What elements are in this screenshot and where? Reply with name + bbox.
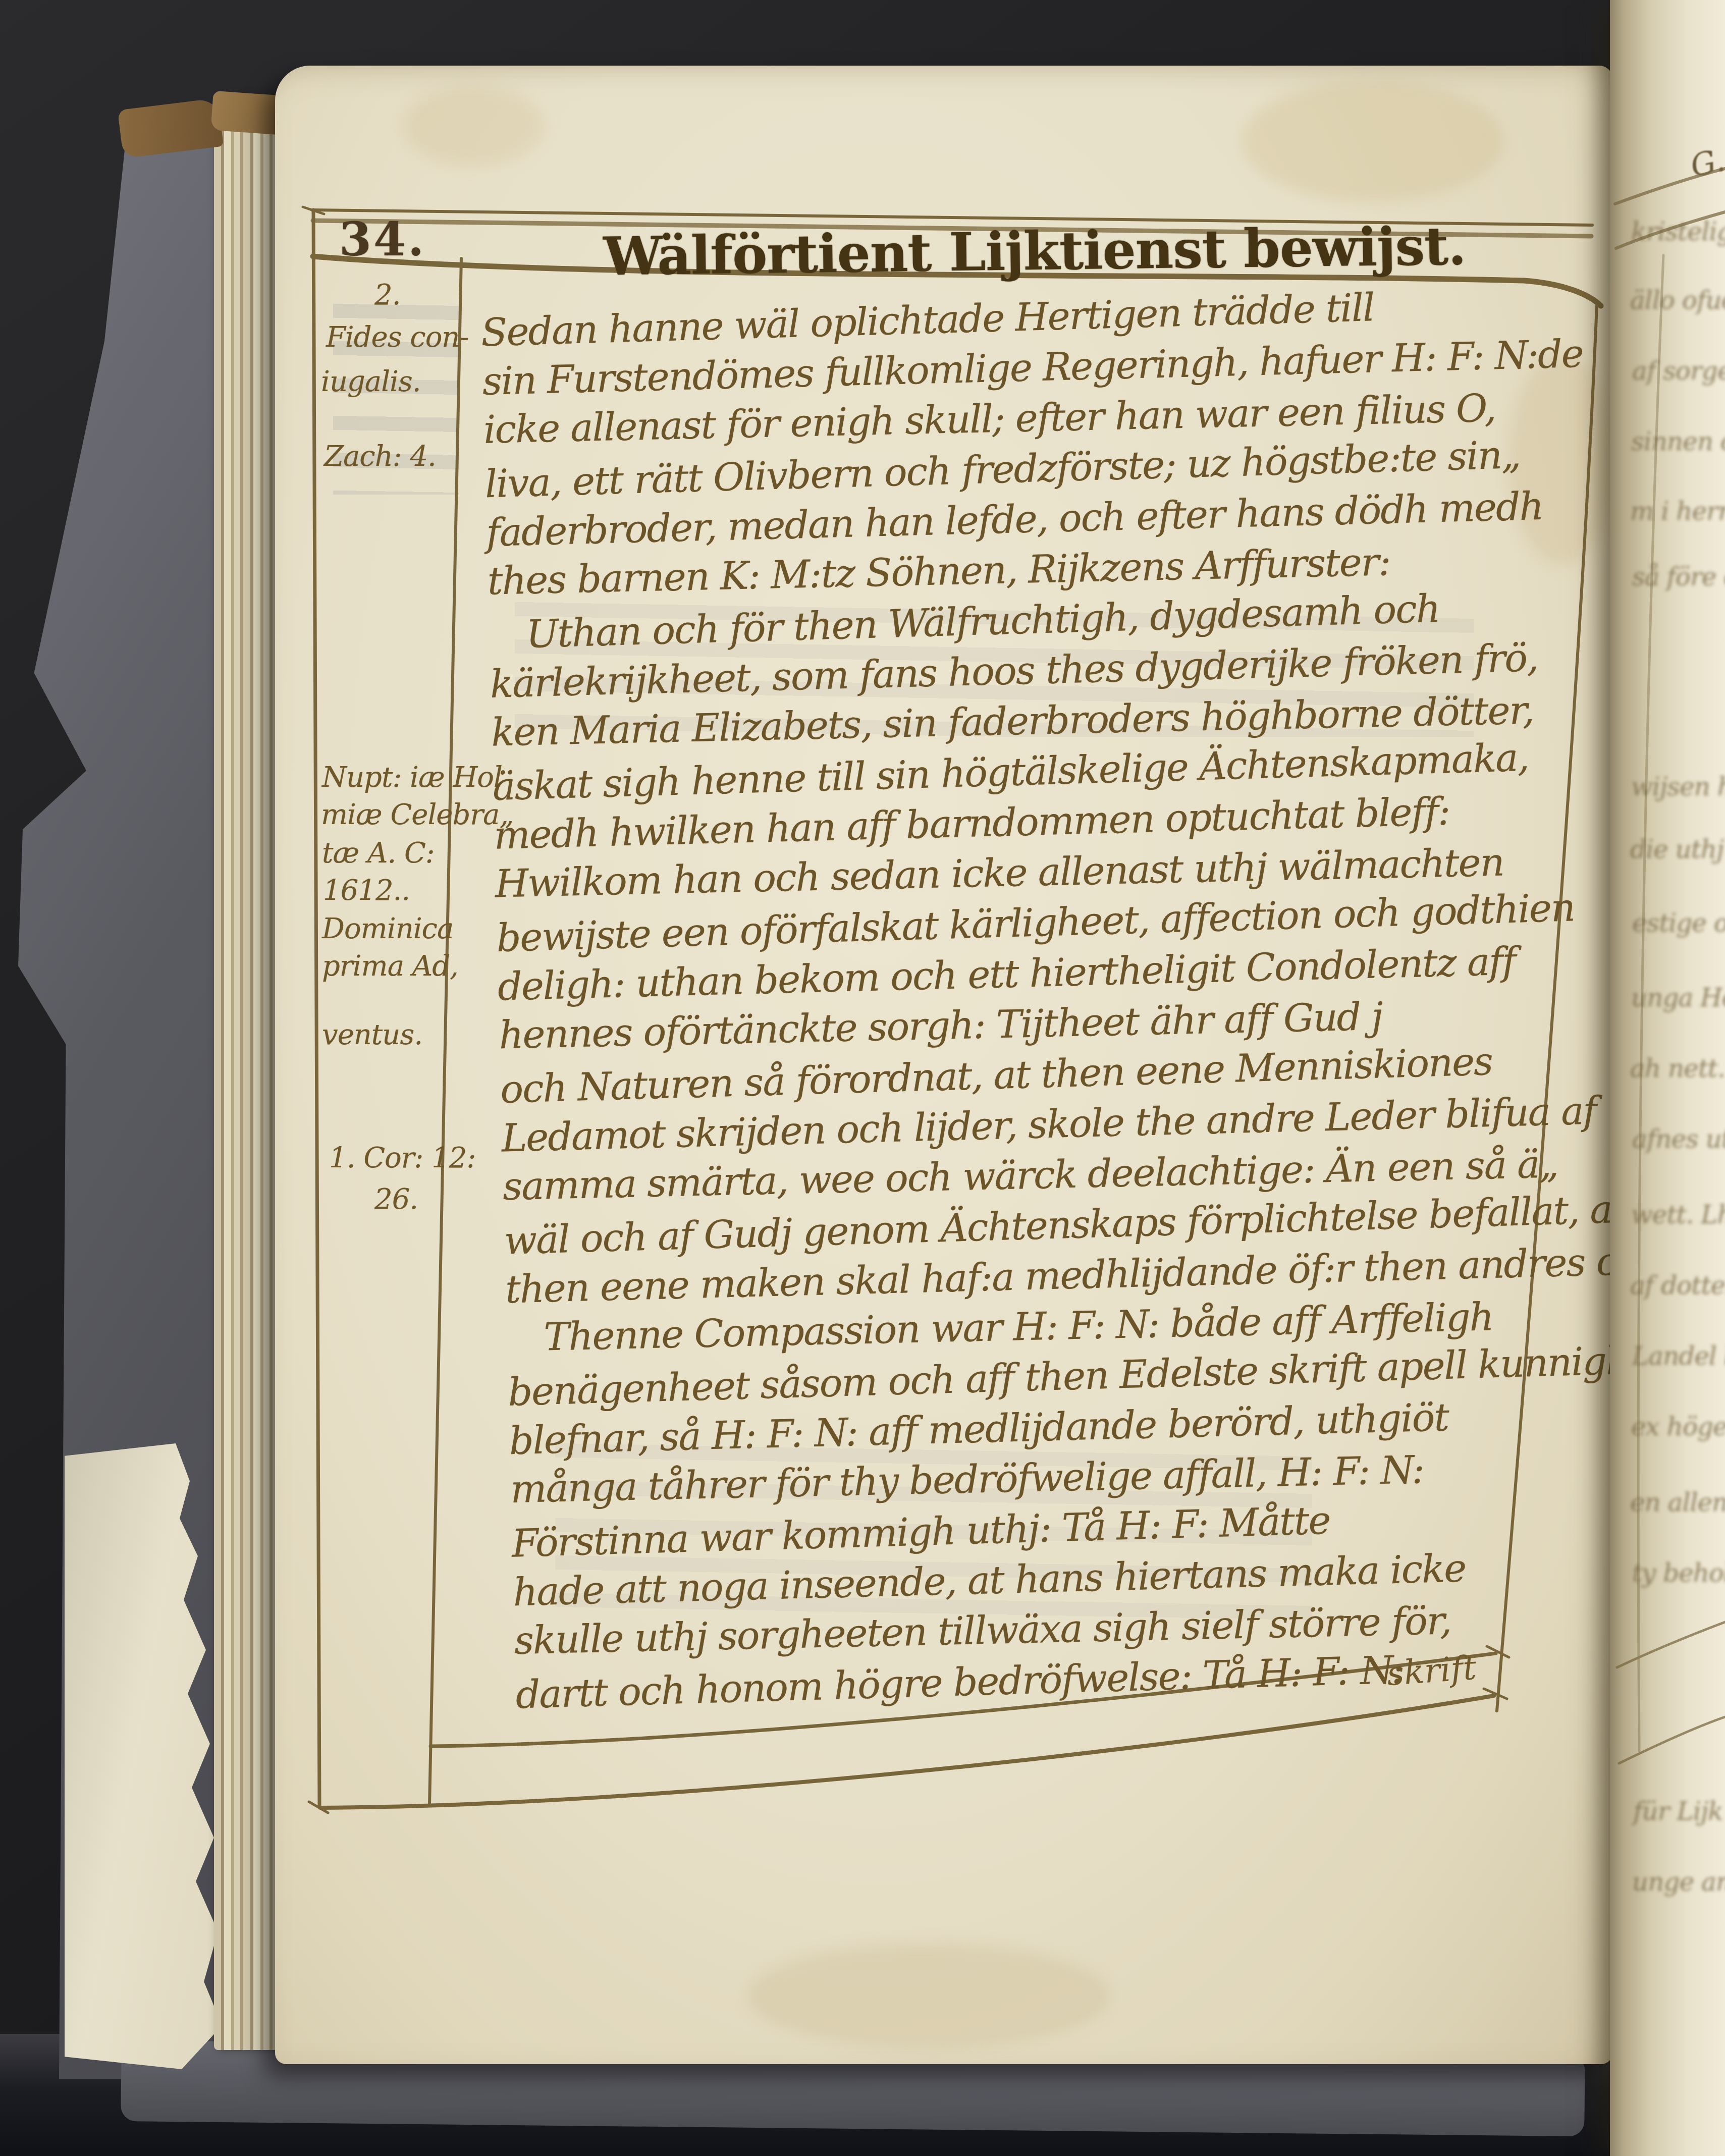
page-header-title: Wälförtient Lijktienst bewijst.	[509, 213, 1559, 288]
margin-note-ventus: ventus.	[322, 1018, 422, 1051]
next-page-text-fragment: m i herren och G	[1630, 497, 1725, 526]
next-page-text-fragment: wijsen her, oft før o	[1631, 772, 1725, 801]
next-page-text-fragment: estige och fru Erh	[1632, 908, 1725, 938]
margin-note-nuptiae-3: tæ A. C:	[322, 837, 435, 870]
margin-note-section-number: 2.	[374, 279, 400, 311]
next-page-text-fragment: sinnen ofuergå	[1631, 427, 1725, 456]
margin-note-1cor-verse: 26.	[374, 1183, 418, 1216]
next-page-text-fragment: ty beholl och wed	[1632, 1558, 1725, 1588]
next-page-text-fragment: wett. Lhe gode Herren	[1631, 1200, 1725, 1229]
margin-note-nuptiae-2: miæ Celebra„	[321, 798, 514, 831]
next-page-text-fragment: ah nett. Lor och L	[1630, 1054, 1725, 1083]
next-page-text-fragment: unga Herren och gif	[1631, 983, 1725, 1012]
margin-note-fides-2: iugalis.	[321, 365, 421, 398]
margin-note-fides: Fides con-	[326, 321, 468, 354]
margin-note-zach: Zach: 4.	[324, 440, 436, 473]
next-page-text-fragment: af sorgelse fij Lid	[1632, 356, 1725, 386]
photo-of-open-manuscript-book: 34. Wälförtient Lijktienst bewijst. 2. F…	[0, 0, 1725, 2156]
next-page-text-fragment: für Lijk	[1633, 1797, 1723, 1826]
margin-note-nuptiae-1: Nupt: iæ Hol	[322, 761, 502, 794]
next-page-text-fragment: kristelige begrafn	[1631, 217, 1725, 246]
next-page-text-fragment: ex högeliga sammal	[1631, 1412, 1725, 1441]
paper-stain	[404, 86, 545, 167]
next-page-text-fragment: die uthj frie Lid	[1630, 835, 1725, 864]
next-page-header-fragment: G.	[1687, 141, 1725, 184]
catchword: skrift	[1386, 1648, 1478, 1693]
body-text-block: Sedan hanne wäl oplichtade Hertigen träd…	[480, 278, 1621, 1719]
page-number: 34.	[339, 212, 426, 266]
next-page-text-fragment: af dotten appan och m	[1630, 1271, 1725, 1300]
next-page-text-fragment: afnes uthj bene f	[1632, 1124, 1725, 1154]
margin-note-dominica: Dominica	[322, 912, 453, 945]
paper-stain	[1242, 81, 1504, 202]
next-page-text-fragment: unge an	[1632, 1867, 1725, 1897]
margin-note-1cor: 1. Cor: 12:	[329, 1142, 475, 1174]
next-page-curled-edge: G. kristelige begrafn ällo ofuer alt G a…	[1610, 0, 1725, 2156]
next-page-text-fragment: ällo ofuer alt G	[1630, 286, 1725, 315]
next-page-text-fragment: en allen Swerik oft	[1630, 1488, 1725, 1517]
paper-stain	[747, 1943, 1110, 2049]
margin-note-prima-ad: prima Ad,	[322, 950, 458, 983]
margin-note-year-1612: 1612..	[323, 874, 410, 907]
next-page-text-fragment: så före och wähl	[1632, 562, 1725, 591]
next-page-text-fragment: Landel befridna f	[1632, 1341, 1725, 1371]
